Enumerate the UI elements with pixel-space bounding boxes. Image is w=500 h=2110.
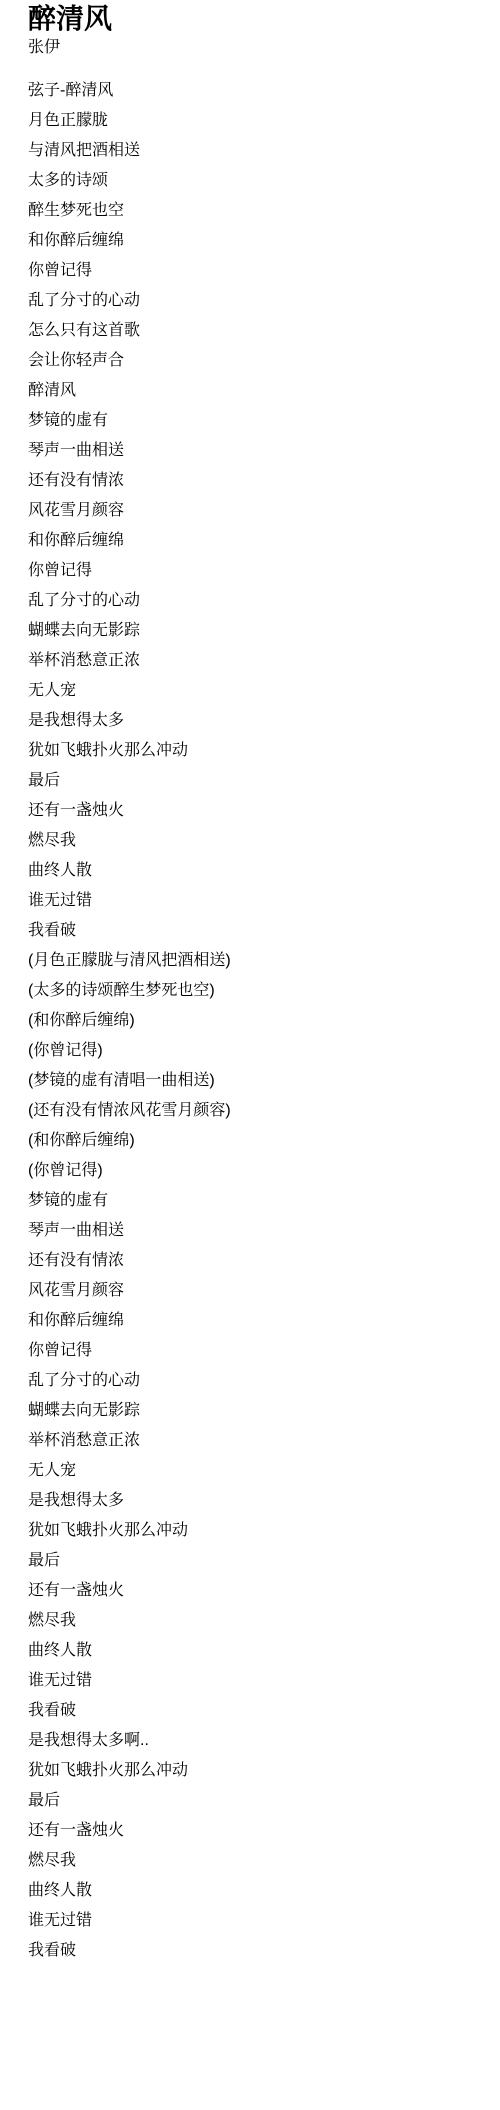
lyric-line: 风花雪月颜容 bbox=[28, 1276, 480, 1306]
lyric-line: 还有没有情浓 bbox=[28, 466, 480, 496]
lyric-line: 曲终人散 bbox=[28, 1876, 480, 1906]
lyric-line: 是我想得太多啊.. bbox=[28, 1726, 480, 1756]
lyrics-page: 醉清风 张伊 弦子-醉清风月色正朦胧与清风把酒相送太多的诗颂醉生梦死也空和你醉后… bbox=[0, 0, 500, 2110]
lyric-line: 蝴蝶去向无影踪 bbox=[28, 1396, 480, 1426]
lyric-line: 是我想得太多 bbox=[28, 706, 480, 736]
lyric-line: 你曾记得 bbox=[28, 1336, 480, 1366]
lyric-line: 举杯消愁意正浓 bbox=[28, 646, 480, 676]
lyric-line: 和你醉后缠绵 bbox=[28, 226, 480, 256]
lyric-line: 我看破 bbox=[28, 1936, 480, 1966]
lyric-line: (你曾记得) bbox=[28, 1156, 480, 1186]
lyric-line: (和你醉后缠绵) bbox=[28, 1126, 480, 1156]
lyric-line: 燃尽我 bbox=[28, 826, 480, 856]
lyric-line: 梦镜的虚有 bbox=[28, 406, 480, 436]
lyric-line: (梦镜的虚有清唱一曲相送) bbox=[28, 1066, 480, 1096]
lyric-line: 琴声一曲相送 bbox=[28, 1216, 480, 1246]
lyric-line: 我看破 bbox=[28, 916, 480, 946]
lyric-line: (月色正朦胧与清风把酒相送) bbox=[28, 946, 480, 976]
lyric-line: 你曾记得 bbox=[28, 256, 480, 286]
lyric-line: 是我想得太多 bbox=[28, 1486, 480, 1516]
lyric-line: 最后 bbox=[28, 1546, 480, 1576]
lyric-line: 曲终人散 bbox=[28, 1636, 480, 1666]
lyric-line: 还有一盏烛火 bbox=[28, 1816, 480, 1846]
lyric-line: 还有没有情浓 bbox=[28, 1246, 480, 1276]
lyric-line: 乱了分寸的心动 bbox=[28, 1366, 480, 1396]
lyric-line: 曲终人散 bbox=[28, 856, 480, 886]
lyric-line: 谁无过错 bbox=[28, 1906, 480, 1936]
lyric-line: 最后 bbox=[28, 1786, 480, 1816]
lyric-line: 乱了分寸的心动 bbox=[28, 286, 480, 316]
lyric-line: 举杯消愁意正浓 bbox=[28, 1426, 480, 1456]
lyric-line: 醉清风 bbox=[28, 376, 480, 406]
lyric-line: 犹如飞蛾扑火那么冲动 bbox=[28, 1756, 480, 1786]
lyric-line: 月色正朦胧 bbox=[28, 106, 480, 136]
lyric-line: 乱了分寸的心动 bbox=[28, 586, 480, 616]
lyric-line: 最后 bbox=[28, 766, 480, 796]
lyric-line: 弦子-醉清风 bbox=[28, 76, 480, 106]
lyric-line: 谁无过错 bbox=[28, 886, 480, 916]
lyric-line: 和你醉后缠绵 bbox=[28, 1306, 480, 1336]
lyric-line: 梦镜的虚有 bbox=[28, 1186, 480, 1216]
lyric-line: 与清风把酒相送 bbox=[28, 136, 480, 166]
lyrics-body: 弦子-醉清风月色正朦胧与清风把酒相送太多的诗颂醉生梦死也空和你醉后缠绵你曾记得乱… bbox=[28, 76, 480, 1966]
lyric-line: 我看破 bbox=[28, 1696, 480, 1726]
lyric-line: (太多的诗颂醉生梦死也空) bbox=[28, 976, 480, 1006]
lyric-line: (还有没有情浓风花雪月颜容) bbox=[28, 1096, 480, 1126]
song-title: 醉清风 bbox=[28, 2, 480, 36]
lyric-line: (和你醉后缠绵) bbox=[28, 1006, 480, 1036]
lyric-line: 燃尽我 bbox=[28, 1846, 480, 1876]
lyric-line: 风花雪月颜容 bbox=[28, 496, 480, 526]
lyric-line: 醉生梦死也空 bbox=[28, 196, 480, 226]
lyric-line: 琴声一曲相送 bbox=[28, 436, 480, 466]
lyric-line: 怎么只有这首歌 bbox=[28, 316, 480, 346]
lyric-line: (你曾记得) bbox=[28, 1036, 480, 1066]
artist-name: 张伊 bbox=[28, 36, 480, 60]
lyric-line: 无人宠 bbox=[28, 676, 480, 706]
lyric-line: 和你醉后缠绵 bbox=[28, 526, 480, 556]
lyric-line: 你曾记得 bbox=[28, 556, 480, 586]
lyric-line: 犹如飞蛾扑火那么冲动 bbox=[28, 1516, 480, 1546]
lyric-line: 还有一盏烛火 bbox=[28, 1576, 480, 1606]
lyric-line: 无人宠 bbox=[28, 1456, 480, 1486]
lyric-line: 太多的诗颂 bbox=[28, 166, 480, 196]
lyric-line: 蝴蝶去向无影踪 bbox=[28, 616, 480, 646]
lyric-line: 还有一盏烛火 bbox=[28, 796, 480, 826]
lyric-line: 燃尽我 bbox=[28, 1606, 480, 1636]
lyric-line: 谁无过错 bbox=[28, 1666, 480, 1696]
lyric-line: 会让你轻声合 bbox=[28, 346, 480, 376]
lyric-line: 犹如飞蛾扑火那么冲动 bbox=[28, 736, 480, 766]
